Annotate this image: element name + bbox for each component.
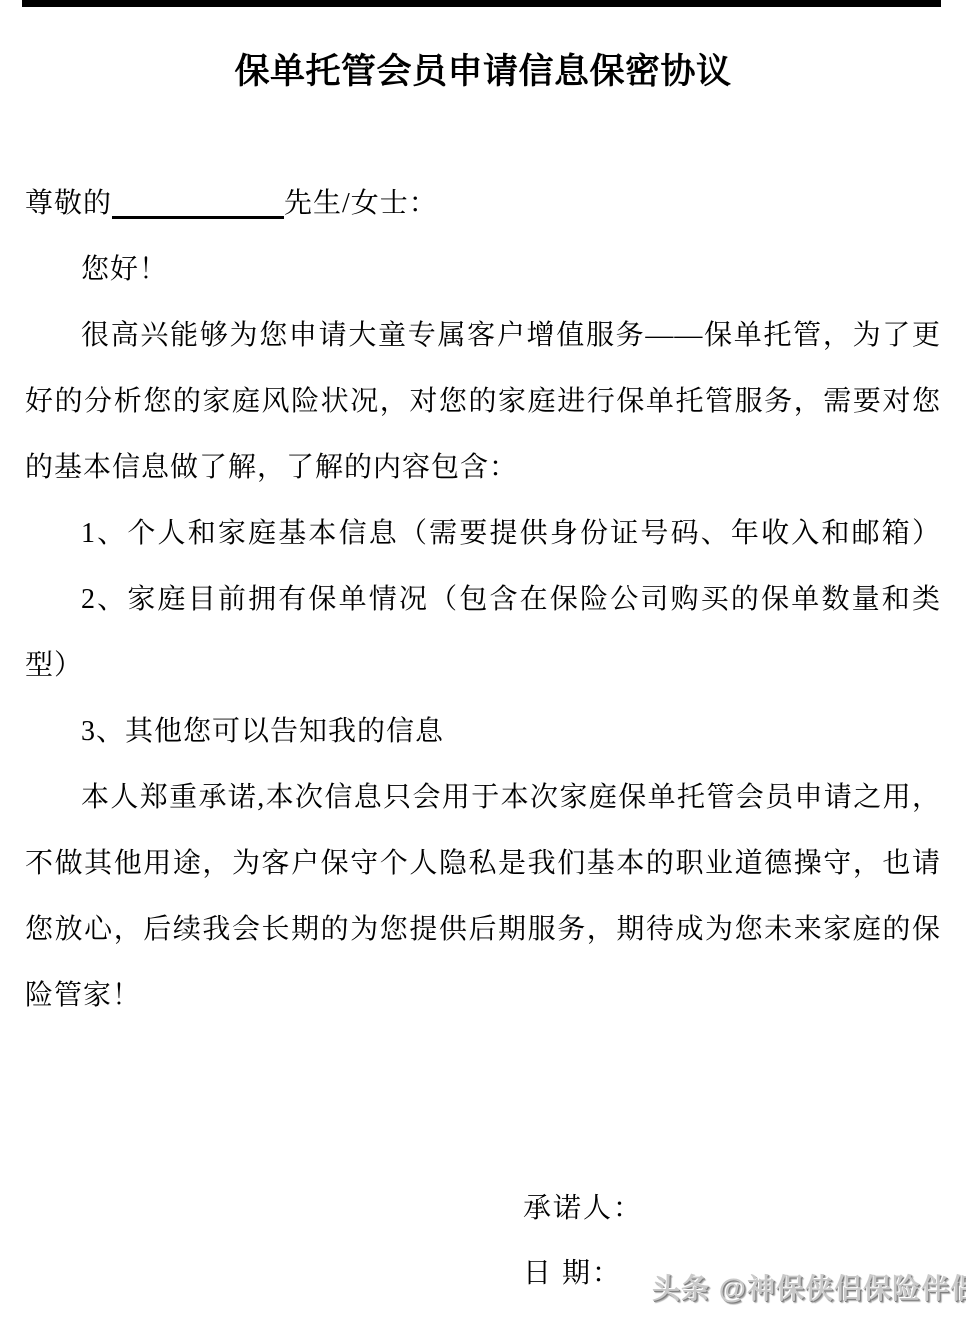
body-line: 险管家！	[25, 963, 941, 1029]
top-border	[22, 0, 941, 7]
body-line: 本人郑重承诺,本次信息只会用于本次家庭保单托管会员申请之用，	[25, 765, 941, 831]
body-line-greeting: 您好！	[25, 237, 941, 303]
body-line-item-2: 2、家庭目前拥有保单情况（包含在保险公司购买的保单数量和类	[25, 567, 941, 633]
document-body: 尊敬的先生/女士： 您好！ 很高兴能够为您申请大童专属客户增值服务——保单托管，…	[25, 171, 941, 1029]
body-line-item-1: 1、个人和家庭基本信息（需要提供身份证号码、年收入和邮箱）	[25, 501, 941, 567]
signature-block: 承诺人： 日 期：	[523, 1176, 643, 1306]
body-line-item-3: 3、其他您可以告知我的信息	[25, 699, 941, 765]
salutation-prefix: 尊敬的	[25, 188, 112, 219]
salutation-line: 尊敬的先生/女士：	[25, 171, 941, 237]
body-line: 好的分析您的家庭风险状况，对您的家庭进行保单托管服务，需要对您	[25, 369, 941, 435]
promisor-label: 承诺人：	[523, 1176, 643, 1241]
body-line: 不做其他用途，为客户保守个人隐私是我们基本的职业道德操守，也请	[25, 831, 941, 897]
document-title: 保单托管会员申请信息保密协议	[0, 48, 966, 96]
salutation-suffix: 先生/女士：	[284, 188, 438, 219]
date-label: 日 期：	[523, 1241, 643, 1306]
body-line: 的基本信息做了解，了解的内容包含：	[25, 435, 941, 501]
body-line: 您放心，后续我会长期的为您提供后期服务，期待成为您未来家庭的保	[25, 897, 941, 963]
document-page: 保单托管会员申请信息保密协议 尊敬的先生/女士： 您好！ 很高兴能够为您申请大童…	[0, 0, 966, 1320]
body-line: 型）	[25, 633, 941, 699]
name-blank-underline	[112, 188, 284, 219]
watermark-text: 头条 @神保侠侣保险伴侣	[652, 1267, 966, 1307]
body-line: 很高兴能够为您申请大童专属客户增值服务——保单托管，为了更	[25, 303, 941, 369]
